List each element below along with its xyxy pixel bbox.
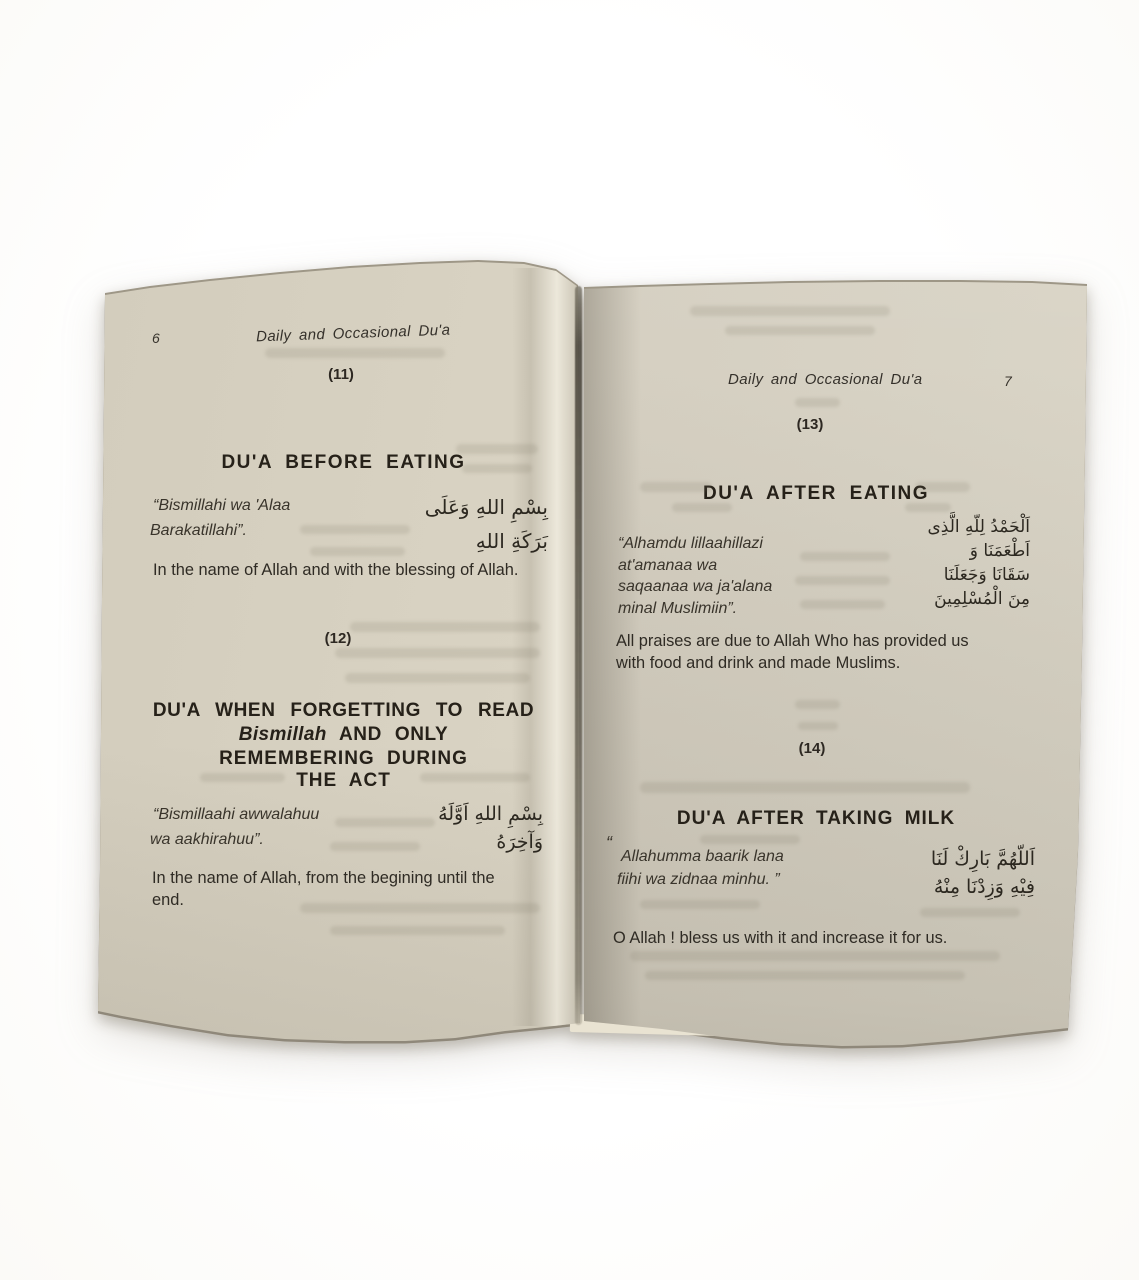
bleedthrough-smudge [350,622,540,632]
section-13-arabic-line-4: مِنَ الْمُسْلِمِينَ [880,588,1030,611]
section-13-arabic-line-1: اَلْحَمْدُ لِلّهِ الَّذِى [880,516,1030,539]
bleedthrough-smudge [725,326,875,335]
bleedthrough-smudge [310,547,405,556]
section-13-arabic-line-3: سَقَانَا وَجَعَلَنَا [880,564,1030,587]
bleedthrough-smudge [800,600,885,609]
section-11-arabic-line-2: بَرَكَةِ اللهِ [388,524,548,558]
bleedthrough-smudge [795,398,840,407]
bleedthrough-smudge [345,673,530,683]
bleedthrough-smudge [915,482,970,492]
bleedthrough-smudge [672,503,732,512]
section-11-arabic-line-1: بِسْمِ اللهِ وَعَلَى [388,490,548,524]
section-13-translation-line-1: All praises are due to Allah Who has pro… [616,632,969,651]
bleedthrough-smudge [920,908,1020,917]
section-14-arabic-line-1: اَللّهُمَّ بَارِكْ لَنَا [888,845,1035,873]
section-14-number: (14) [712,740,912,757]
bleedthrough-smudge [795,700,840,709]
section-11-translation: In the name of Allah and with the blessi… [153,561,518,580]
bleedthrough-smudge [640,782,970,793]
section-12-translation-line-2: end. [152,891,184,910]
bleedthrough-smudge [300,525,410,534]
bleedthrough-smudge [265,348,445,358]
bleedthrough-smudge [462,464,532,473]
section-12-title-line-3: REMEMBERING DURING [146,748,541,770]
section-14-transliteration-line-2: fiihi wa zidnaa minhu. ” [617,871,780,889]
section-12-transliteration-line-1: “Bismillaahi awwalahuu [153,806,319,824]
bleedthrough-smudge [905,503,951,512]
running-header-left: Daily and Occasional Du'a [256,322,451,346]
section-12-title-line-2: Bismillah AND ONLY [146,724,541,746]
section-11-transliteration-line-1: “Bismillahi wa 'Alaa [153,497,290,515]
section-12-title-line-1: DU'A WHEN FORGETTING TO READ [146,700,541,722]
bleedthrough-smudge [330,926,505,935]
bleedthrough-smudge [456,444,538,454]
bleedthrough-smudge [700,835,800,844]
bleedthrough-smudge [640,900,760,909]
section-14-translation: O Allah ! bless us with it and increase … [613,929,947,948]
section-12-transliteration-line-2: wa aakhirahuu”. [150,831,264,849]
bleedthrough-smudge [200,773,285,782]
bleedthrough-smudge [335,648,540,658]
section-13-number: (13) [710,416,910,433]
section-13-transliteration-line-3: saqaanaa wa ja'alana [618,578,772,596]
page-number-left: 6 [152,330,160,346]
section-11-number: (11) [241,366,441,383]
book-photo: 6 Daily and Occasional Du'a (11) DU'A BE… [0,0,1139,1280]
bleedthrough-smudge [300,903,540,913]
bleedthrough-smudge [640,482,712,492]
bleedthrough-smudge [800,552,890,561]
bleedthrough-smudge [795,576,890,585]
section-12-translation-line-1: In the name of Allah, from the begining … [152,869,495,888]
bleedthrough-smudge [420,773,530,782]
section-13-transliteration-line-2: at'amanaa wa [618,557,717,575]
bleedthrough-smudge [330,842,420,851]
bleedthrough-smudge [690,306,890,316]
book-spine-gutter [575,286,582,1025]
section-14-transliteration-line-1: Allahumma baarik lana [621,848,784,866]
bleedthrough-smudge [335,818,435,827]
title-line-2-rest: AND ONLY [327,724,448,745]
section-14-open-quote: “ [606,833,612,854]
bleedthrough-smudge [798,722,838,730]
section-14-title: DU'A AFTER TAKING MILK [616,808,1016,830]
section-13-arabic-line-2: اَطْعَمَنَا وَ [880,540,1030,563]
bleedthrough-smudge [645,971,965,980]
section-12-number: (12) [238,630,438,647]
page-number-right: 7 [1004,373,1012,389]
section-13-transliteration-line-1: “Alhamdu lillaahillazi [618,535,763,553]
section-13-translation-line-2: with food and drink and made Muslims. [616,654,900,673]
bleedthrough-smudge [630,951,1000,961]
section-13-transliteration-line-4: minal Muslimiin”. [618,600,737,618]
bismillah-italic: Bismillah [239,724,327,745]
section-14-arabic-line-2: فِيْهِ وَزِدْنَا مِنْهُ [888,873,1035,901]
running-header-right: Daily and Occasional Du'a [728,371,922,388]
section-11-transliteration-line-2: Barakatillahi”. [150,522,247,540]
